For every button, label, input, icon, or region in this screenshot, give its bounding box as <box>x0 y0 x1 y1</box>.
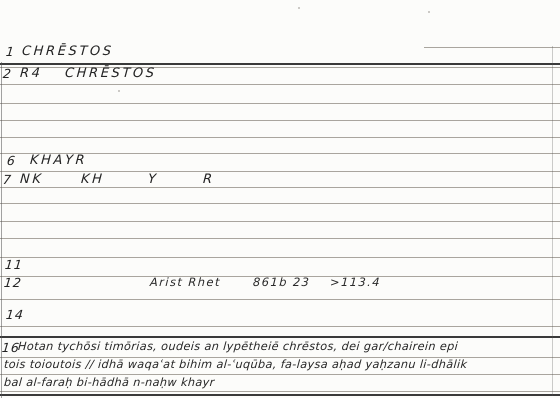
line-number: 7 <box>2 172 13 187</box>
letter-group: NK <box>19 172 44 187</box>
entry-line-14: 14 <box>0 307 560 325</box>
quotation-text: Hotan tychōsi timōrias, oudeis an lypēth… <box>18 340 459 353</box>
entry-line-12: 12 Arist Rhet 861b 23 >113.4 <box>0 275 560 293</box>
headword: CHRĒSTOS <box>64 66 157 81</box>
siglum: R4 <box>19 66 43 81</box>
entry-line-6: 6 KHAYR <box>0 153 560 171</box>
ruled-line <box>0 221 560 222</box>
headword: CHRĒSTOS <box>21 44 114 59</box>
ruled-line <box>0 84 560 85</box>
line-number: 1 <box>5 44 16 59</box>
cross-reference: >113.4 <box>330 275 382 289</box>
line-number: 11 <box>4 257 23 272</box>
entry-line-2: 2 R4 CHRĒSTOS <box>0 66 560 84</box>
letter-group: Y <box>147 172 159 187</box>
entry-line-1: 1 CHRĒSTOS <box>0 44 560 62</box>
quotation-text: tois toioutois // idhā waqaʿat bihim al-… <box>4 358 468 371</box>
entry-line-7: 7 NK KH Y R <box>0 172 560 190</box>
ruled-line <box>0 103 560 104</box>
ruled-line <box>0 137 560 138</box>
line-number: 2 <box>2 66 13 81</box>
ruled-line <box>0 63 560 65</box>
source-reference: Arist Rhet <box>150 275 222 289</box>
line-number: 12 <box>3 275 22 290</box>
ruled-line <box>0 326 560 327</box>
ruled-line <box>0 394 560 396</box>
quotation-line-3: bal al-faraḥ bi-hādhā n-naḥw khayr <box>0 376 560 394</box>
scan-speck <box>428 11 430 13</box>
line-number: 14 <box>5 307 24 322</box>
ruled-line <box>0 203 560 204</box>
quotation-line-2: tois toioutois // idhā waqaʿat bihim al-… <box>0 358 560 376</box>
citation-locus: 861b 23 <box>253 275 311 289</box>
entry-line-11: 11 <box>0 257 560 275</box>
letter-group: R <box>202 172 215 187</box>
ruled-line <box>0 299 560 300</box>
scan-speck <box>118 90 120 92</box>
headword: KHAYR <box>29 153 87 168</box>
letter-group: KH <box>80 172 105 187</box>
quotation-line-1: 16 Hotan tychōsi timōrias, oudeis an lyp… <box>0 340 560 358</box>
quotation-text: bal al-faraḥ bi-hādhā n-naḥw khayr <box>4 376 216 389</box>
scan-speck <box>298 7 300 9</box>
ruled-line <box>0 120 560 121</box>
ruled-line <box>0 336 560 338</box>
line-number: 6 <box>6 153 17 168</box>
scanned-index-card: 1 CHRĒSTOS 2 R4 CHRĒSTOS 6 KHAYR 7 NK KH… <box>0 0 560 398</box>
ruled-line <box>0 238 560 239</box>
